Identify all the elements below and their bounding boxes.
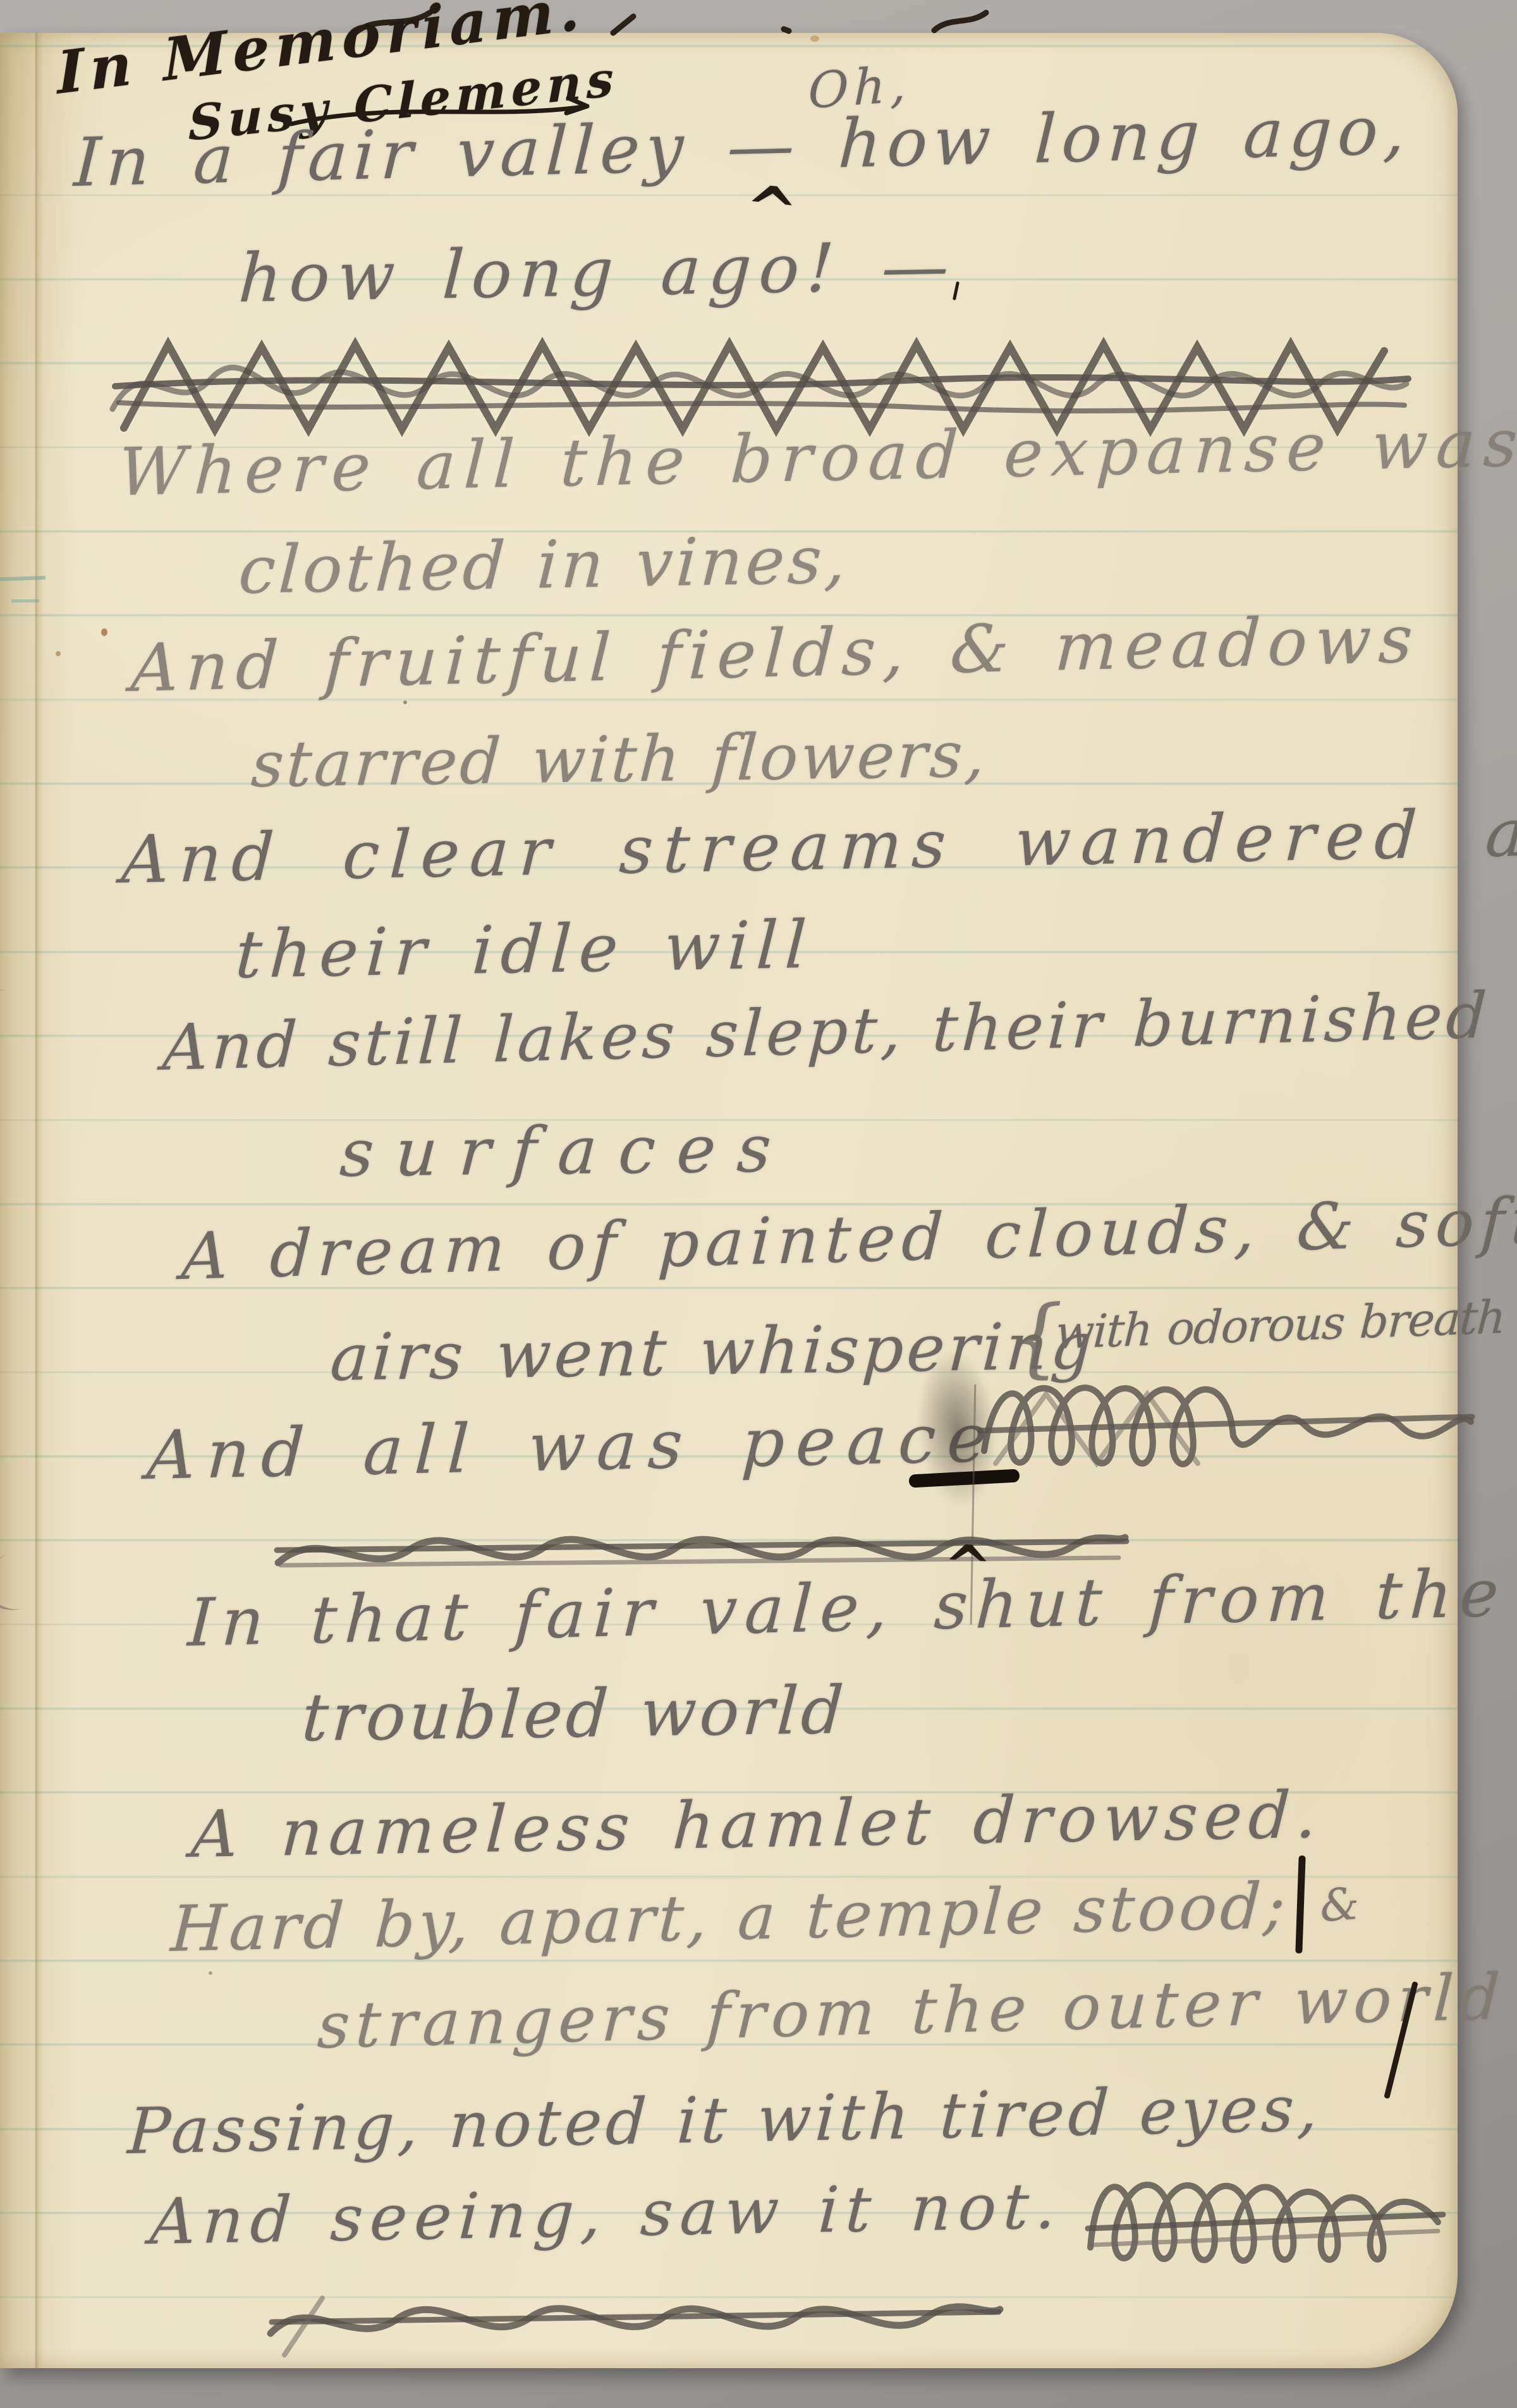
poem-line-4: clothed in vines,	[237, 527, 851, 603]
stain-spot	[810, 35, 819, 42]
poem-line-13: And all was peace	[145, 1405, 1000, 1489]
page-crease	[35, 33, 39, 2368]
insert-caret-mark: ^	[741, 176, 801, 244]
stain-spot	[56, 651, 61, 656]
arrow-flourish	[288, 92, 610, 137]
poem-line-6: starred with flowers,	[250, 723, 989, 797]
rule-bleed-dash	[11, 599, 39, 602]
scanned-manuscript: In Memoriam. Susy Clemens Oh, In a fair …	[0, 0, 1517, 2408]
poem-line-10: surfaces	[338, 1115, 795, 1186]
poem-line-2: how long ago! —	[237, 233, 958, 312]
insert-brace-mark: {	[1009, 1294, 1066, 1381]
poem-line-20: And seeing, saw it not.	[149, 2175, 1064, 2254]
poem-line-16: A nameless hamlet drowsed.	[190, 1783, 1325, 1867]
crossed-out-words-2	[1084, 2153, 1447, 2279]
ampersand-note: &	[1319, 1881, 1361, 1928]
poem-line-8: their idle will	[234, 912, 815, 987]
poem-line-15: troubled world	[300, 1677, 848, 1751]
stain-spot	[209, 1971, 212, 1975]
stain-spot	[403, 700, 407, 704]
crossed-out-line-3	[265, 2273, 1005, 2364]
insert-caret-mark-2: ^	[942, 1536, 994, 1597]
stain-spot	[101, 628, 107, 636]
